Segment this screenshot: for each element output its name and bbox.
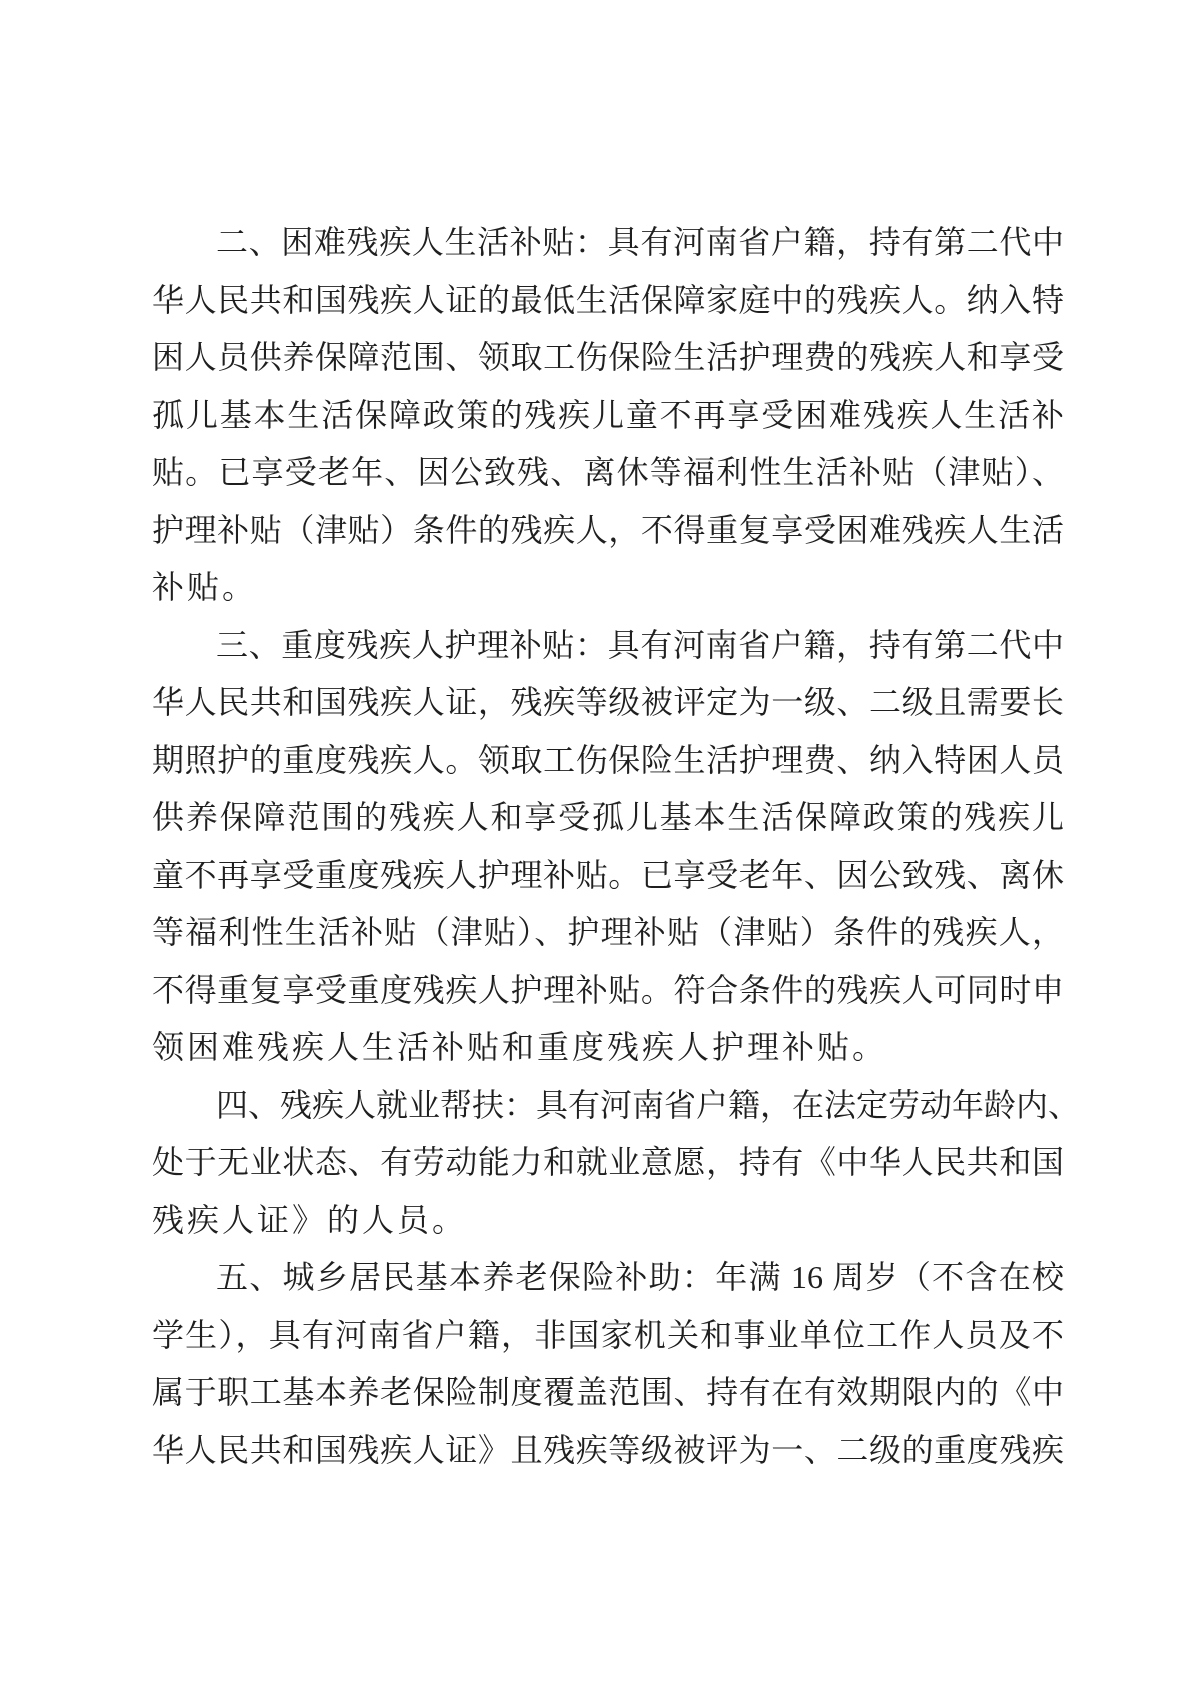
text-line: 二、困难残疾人生活补贴：具有河南省户籍，持有第二代中 [152, 214, 1064, 272]
text-line: 等福利性生活补贴（津贴）、护理补贴（津贴）条件的残疾人， [152, 904, 1064, 962]
text-line: 华人民共和国残疾人证，残疾等级被评定为一级、二级且需要长 [152, 674, 1064, 732]
document-text-block: 二、困难残疾人生活补贴：具有河南省户籍，持有第二代中 华人民共和国残疾人证的最低… [152, 214, 1064, 1479]
text-line: 困人员供养保障范围、领取工伤保险生活护理费的残疾人和享受 [152, 329, 1064, 387]
text-line: 领困难残疾人生活补贴和重度残疾人护理补贴。 [152, 1019, 1064, 1077]
paragraph-difficult-disability-living-subsidy: 二、困难残疾人生活补贴：具有河南省户籍，持有第二代中 华人民共和国残疾人证的最低… [152, 214, 1064, 617]
text-line: 处于无业状态、有劳动能力和就业意愿，持有《中华人民共和国 [152, 1134, 1064, 1192]
text-line: 四、残疾人就业帮扶：具有河南省户籍，在法定劳动年龄内、 [152, 1077, 1064, 1135]
text-line: 不得重复享受重度残疾人护理补贴。符合条件的残疾人可同时申 [152, 962, 1064, 1020]
text-line: 贴。已享受老年、因公致残、离休等福利性生活补贴（津贴）、 [152, 444, 1064, 502]
text-line: 孤儿基本生活保障政策的残疾儿童不再享受困难残疾人生活补 [152, 387, 1064, 445]
text-line: 期照护的重度残疾人。领取工伤保险生活护理费、纳入特困人员 [152, 732, 1064, 790]
text-line: 补贴。 [152, 559, 1064, 617]
paragraph-pension-insurance-subsidy: 五、城乡居民基本养老保险补助：年满 16 周岁（不含在校 学生），具有河南省户籍… [152, 1249, 1064, 1479]
paragraph-disability-employment-assistance: 四、残疾人就业帮扶：具有河南省户籍，在法定劳动年龄内、 处于无业状态、有劳动能力… [152, 1077, 1064, 1250]
text-line: 护理补贴（津贴）条件的残疾人，不得重复享受困难残疾人生活 [152, 502, 1064, 560]
text-line: 供养保障范围的残疾人和享受孤儿基本生活保障政策的残疾儿 [152, 789, 1064, 847]
text-line: 华人民共和国残疾人证的最低生活保障家庭中的残疾人。纳入特 [152, 272, 1064, 330]
text-line: 五、城乡居民基本养老保险补助：年满 16 周岁（不含在校 [152, 1249, 1064, 1307]
text-line: 童不再享受重度残疾人护理补贴。已享受老年、因公致残、离休 [152, 847, 1064, 905]
document-page: 二、困难残疾人生活补贴：具有河南省户籍，持有第二代中 华人民共和国残疾人证的最低… [0, 0, 1189, 1683]
text-line: 三、重度残疾人护理补贴：具有河南省户籍，持有第二代中 [152, 617, 1064, 675]
text-line: 华人民共和国残疾人证》且残疾等级被评为一、二级的重度残疾 [152, 1422, 1064, 1480]
text-line: 属于职工基本养老保险制度覆盖范围、持有在有效期限内的《中 [152, 1364, 1064, 1422]
text-line: 残疾人证》的人员。 [152, 1192, 1064, 1250]
text-line: 学生），具有河南省户籍，非国家机关和事业单位工作人员及不 [152, 1307, 1064, 1365]
paragraph-severe-disability-nursing-subsidy: 三、重度残疾人护理补贴：具有河南省户籍，持有第二代中 华人民共和国残疾人证，残疾… [152, 617, 1064, 1077]
